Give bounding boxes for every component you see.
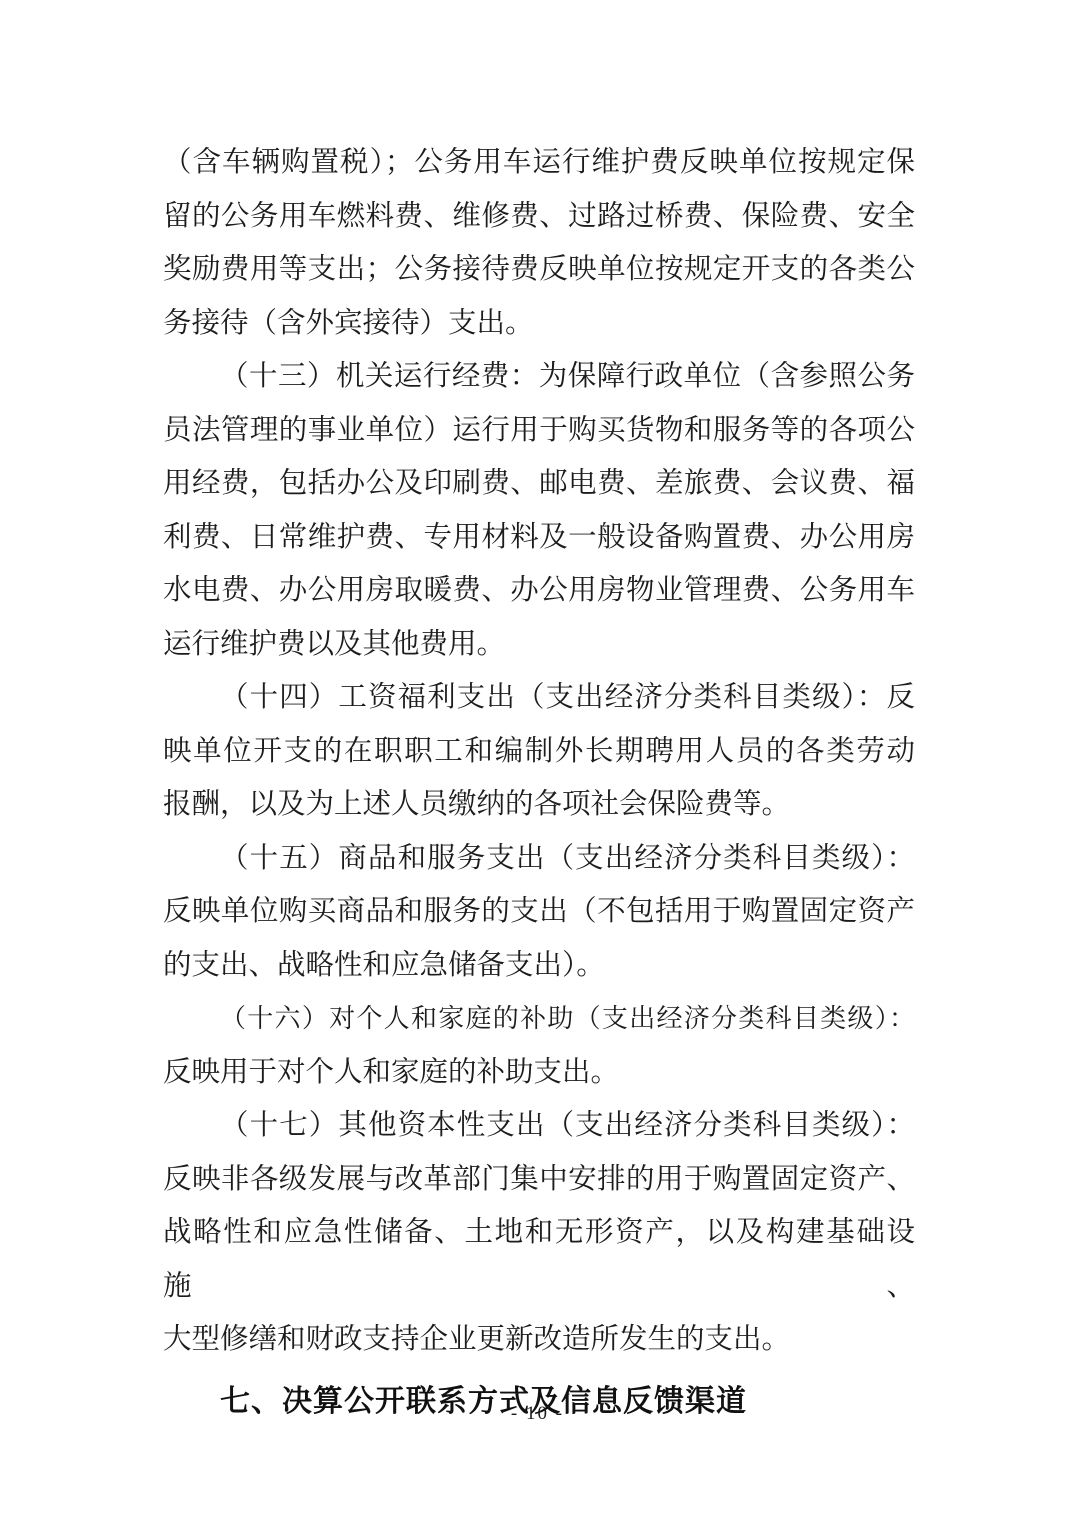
- page-number: - 10 -: [511, 1403, 564, 1424]
- body-line: 留的公务用车燃料费、维修费、过路过桥费、保险费、安全: [163, 190, 915, 244]
- document-body: （含车辆购置税）；公务用车运行维护费反映单位按规定保 留的公务用车燃料费、维修费…: [163, 136, 915, 1428]
- page-footer: - 10 -: [0, 1402, 1075, 1426]
- body-line: 大型修缮和财政支持企业更新改造所发生的支出。: [163, 1313, 915, 1367]
- body-line: （十四）工资福利支出（支出经济分类科目类级）：反: [163, 671, 915, 725]
- body-line: 水电费、办公用房取暖费、办公用房物业管理费、公务用车: [163, 564, 915, 618]
- body-line: 奖励费用等支出；公务接待费反映单位按规定开支的各类公: [163, 243, 915, 297]
- body-line: （十六）对个人和家庭的补助（支出经济分类科目类级）：: [163, 992, 915, 1046]
- body-line: （含车辆购置税）；公务用车运行维护费反映单位按规定保: [163, 136, 915, 190]
- body-line: 的支出、战略性和应急储备支出）。: [163, 939, 915, 993]
- body-line: 报酬，以及为上述人员缴纳的各项社会保险费等。: [163, 778, 915, 832]
- body-line: 用经费，包括办公及印刷费、邮电费、差旅费、会议费、福: [163, 457, 915, 511]
- body-line: （十三）机关运行经费：为保障行政单位（含参照公务: [163, 350, 915, 404]
- body-line: 反映非各级发展与改革部门集中安排的用于购置固定资产、: [163, 1153, 915, 1207]
- body-line: 员法管理的事业单位）运行用于购买货物和服务等的各项公: [163, 404, 915, 458]
- body-line: 映单位开支的在职职工和编制外长期聘用人员的各类劳动: [163, 725, 915, 779]
- body-line: 务接待（含外宾接待）支出。: [163, 297, 915, 351]
- document-page: （含车辆购置税）；公务用车运行维护费反映单位按规定保 留的公务用车燃料费、维修费…: [0, 0, 1075, 1520]
- body-line: 利费、日常维护费、专用材料及一般设备购置费、办公用房: [163, 511, 915, 565]
- body-line: （十七）其他资本性支出（支出经济分类科目类级）：: [163, 1099, 915, 1153]
- body-line: 反映用于对个人和家庭的补助支出。: [163, 1046, 915, 1100]
- body-line: 运行维护费以及其他费用。: [163, 618, 915, 672]
- body-line: 反映单位购买商品和服务的支出（不包括用于购置固定资产: [163, 885, 915, 939]
- body-line: 战略性和应急性储备、土地和无形资产，以及构建基础设施、: [163, 1206, 915, 1313]
- body-line: （十五）商品和服务支出（支出经济分类科目类级）：: [163, 832, 915, 886]
